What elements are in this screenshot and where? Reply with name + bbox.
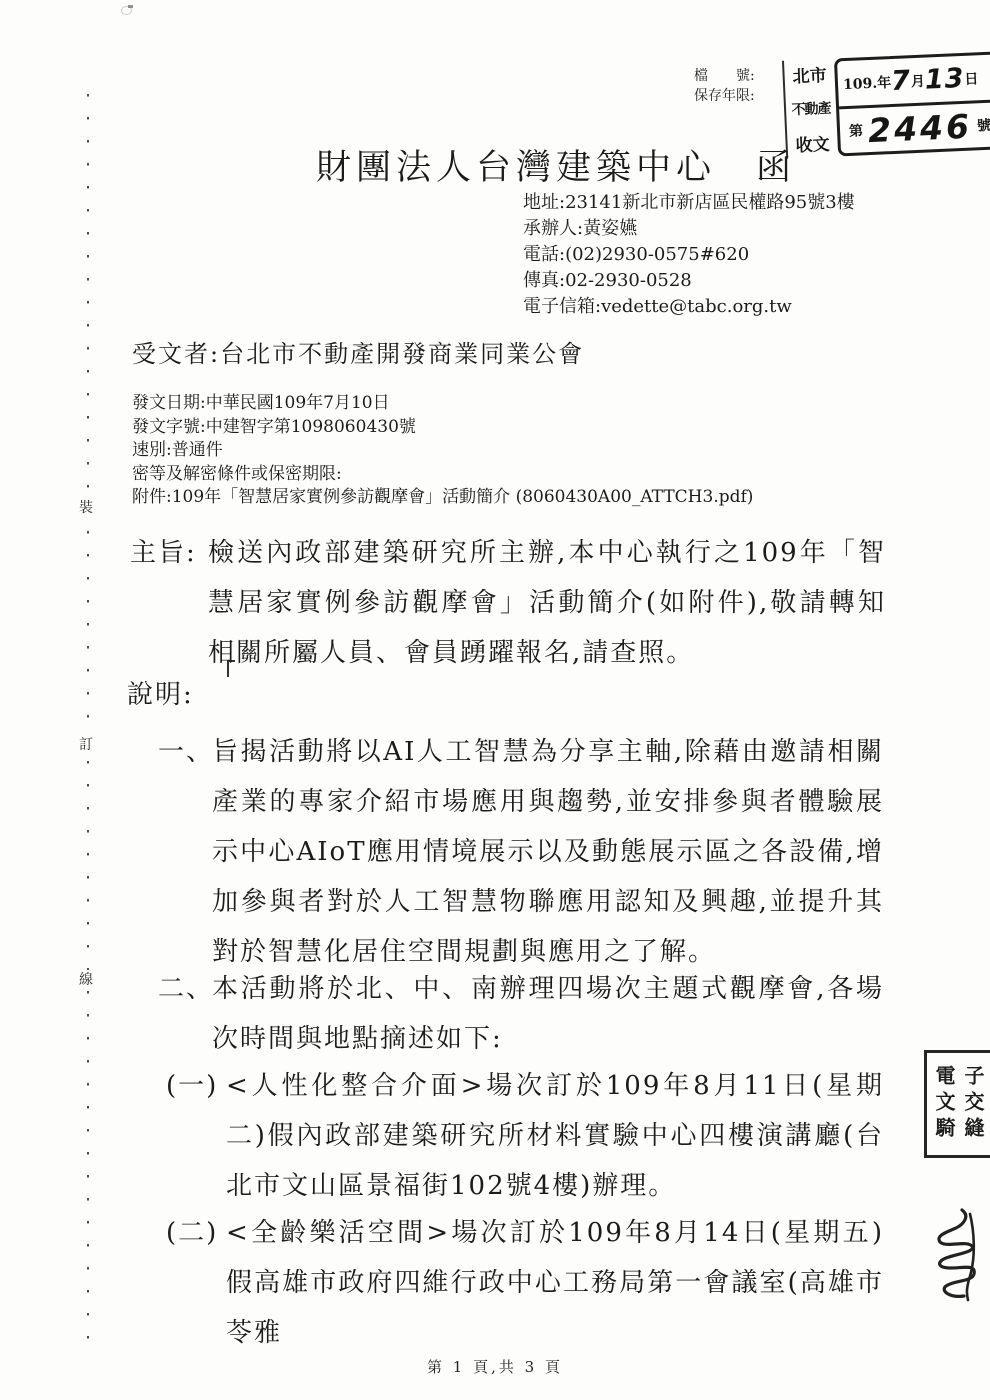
explanation-subitem-1: (一) <人性化整合介面>場次訂於109年8月11日(星期二)假內政部建築研究所… <box>166 1061 884 1211</box>
scanned-letter-page: 裝 訂 線 檔 號: 保存年限: 北市 不動產 收文 109.年 7 月 13 … <box>0 0 990 1400</box>
explanation-item-1: 一、 旨揭活動將以AI人工智慧為分享主軸,除藉由邀請相關產業的專家介紹市場應用與… <box>158 727 884 977</box>
receipt-stamp-number-prefix: 第 <box>849 120 864 141</box>
sender-email: 電子信箱:vedette@tabc.org.tw <box>523 294 855 320</box>
meta-speed: 速別:普通件 <box>132 439 753 463</box>
receipt-stamp-org-line1: 北市 <box>784 61 835 88</box>
meta-send-date: 發文日期:中華民國109年7月10日 <box>132 392 753 416</box>
receipt-stamp-day-number: 13 <box>924 65 965 94</box>
binding-dotted-line <box>87 94 89 1348</box>
seam-stamp-right-column: 子交縫 <box>957 1055 983 1153</box>
explanation-item-2-text: 本活動將於北、中、南辦理四場次主題式觀摩會,各場次時間與地點摘述如下: <box>212 964 884 1064</box>
explanation-subitem-1-marker: (一) <box>166 1061 226 1111</box>
receipt-stamp: 北市 不動產 收文 109.年 7 月 13 日 第 2446 號 <box>782 51 990 158</box>
sender-contact-person: 承辦人:黃姿嬿 <box>523 216 855 242</box>
receipt-stamp-year: 109.年 <box>843 72 892 94</box>
meta-doc-number: 發文字號:中建智字第1098060430號 <box>132 416 753 440</box>
sender-fax: 傳真:02-2930-0528 <box>523 268 855 294</box>
seam-stamp-left-column: 電文騎 <box>928 1055 954 1153</box>
explanation-item-1-marker: 一、 <box>158 727 212 777</box>
binding-mark-xian: 線 <box>77 970 95 990</box>
receipt-stamp-month-char: 月 <box>910 70 925 91</box>
binding-mark-zhuang: 裝 <box>77 498 95 518</box>
sender-address: 地址:23141新北市新店區民權路95號3樓 <box>523 190 855 216</box>
explanation-subitem-1-text: <人性化整合介面>場次訂於109年8月11日(星期二)假內政部建築研究所材料實驗… <box>226 1061 884 1211</box>
explanation-label: 說明: <box>127 680 194 711</box>
document-meta-block: 發文日期:中華民國109年7月10日 發文字號:中建智字第1098060430號… <box>132 392 753 510</box>
receipt-stamp-org-line2: 不動產 <box>786 97 837 119</box>
document-title: 財團法人台灣建築中心 函 <box>316 140 796 190</box>
sender-phone: 電話:(02)2930-0575#620 <box>523 242 855 268</box>
receipt-stamp-number-row: 第 2446 號 <box>839 99 990 153</box>
recipient-line: 受文者:台北市不動產開發商業同業公會 <box>132 334 584 369</box>
subject-label: 主旨: <box>130 528 208 578</box>
page-number-footer: 第 1 頁,共 3 頁 <box>0 1356 990 1377</box>
sender-info-block: 地址:23141新北市新店區民權路95號3樓 承辦人:黃姿嬿 電話:(02)29… <box>523 190 855 320</box>
receipt-stamp-number-value: 2446 <box>867 109 972 146</box>
archive-labels: 檔 號: 保存年限: <box>694 66 755 106</box>
receipt-stamp-month-number: 7 <box>890 67 911 95</box>
subject-paragraph: 主旨: 檢送內政部建築研究所主辦,本中心執行之109年「智慧居家實例參訪觀摩會」… <box>130 528 886 678</box>
receipt-stamp-date-row: 109.年 7 月 13 日 <box>837 54 990 106</box>
meta-security: 密等及解密條件或保密期限: <box>132 463 753 487</box>
explanation-subitem-2-marker: (二) <box>166 1208 226 1258</box>
explanation-subitem-2-text: <全齡樂活空間>場次訂於109年8月14日(星期五)假高雄市政府四維行政中心工務… <box>226 1208 884 1358</box>
scribble-icon <box>926 1206 984 1306</box>
retention-period-label: 保存年限: <box>694 86 755 106</box>
explanation-item-1-text: 旨揭活動將以AI人工智慧為分享主軸,除藉由邀請相關產業的專家介紹市場應用與趨勢,… <box>212 727 884 977</box>
receipt-stamp-date-box: 109.年 7 月 13 日 第 2446 號 <box>834 51 990 156</box>
binding-mark-ding: 訂 <box>77 735 95 755</box>
file-number-label: 檔 號: <box>694 66 755 86</box>
explanation-subitem-2: (二) <全齡樂活空間>場次訂於109年8月14日(星期五)假高雄市政府四維行政… <box>166 1208 884 1358</box>
handwritten-scribble-mark <box>926 1206 984 1310</box>
explanation-item-2: 二、 本活動將於北、中、南辦理四場次主題式觀摩會,各場次時間與地點摘述如下: <box>158 964 884 1064</box>
scan-smudge-dot <box>128 5 133 8</box>
electronic-seam-stamp: 電文騎 子交縫 <box>924 1050 990 1158</box>
meta-attachment: 附件:109年「智慧居家實例參訪觀摩會」活動簡介 (8060430A00_ATT… <box>132 486 753 510</box>
subject-text: 檢送內政部建築研究所主辦,本中心執行之109年「智慧居家實例參訪觀摩會」活動簡介… <box>208 528 886 678</box>
explanation-item-2-marker: 二、 <box>158 964 212 1014</box>
receipt-stamp-number-suffix: 號 <box>977 115 990 136</box>
receipt-stamp-day-char: 日 <box>964 68 979 89</box>
